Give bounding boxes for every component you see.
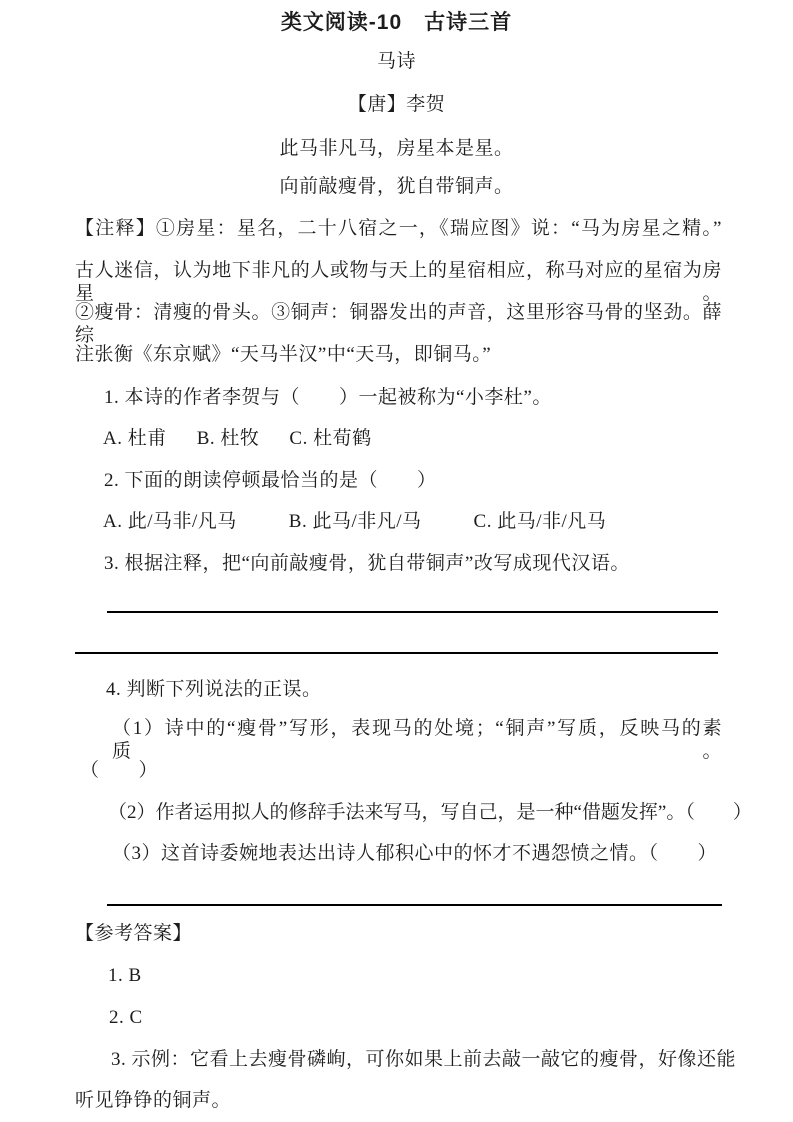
poem-line-1: 此马非凡马，房星本是星。 (0, 137, 793, 160)
answer-2: 2. C (109, 1006, 143, 1029)
answer-3-line-1: 3. 示例：它看上去瘦骨磷峋，可你如果上前去敲一敲它的瘦骨，好像还能 (111, 1048, 736, 1071)
question-2-options: A. 此/马非/凡马 B. 此马/非凡/马 C. 此马/非/凡马 (103, 510, 606, 533)
poem-line-2: 向前敲瘦骨，犹自带铜声。 (0, 175, 793, 198)
question-4-item-2: （2）作者运用拟人的修辞手法来写马，写自己，是一种“借题发挥”。（ ） (108, 801, 752, 824)
answer-1: 1. B (108, 964, 142, 987)
q2-option-b: B. 此马/非凡/马 (289, 510, 422, 533)
question-3: 3. 根据注释，把“向前敲瘦骨，犹自带铜声”改写成现代汉语。 (104, 552, 630, 575)
poem-title: 马诗 (0, 50, 793, 73)
section-divider-line (107, 904, 722, 906)
annotation-line-3: ②瘦骨：清瘦的骨头。③铜声：铜器发出的声音，这里形容马骨的坚劲。薛综 (75, 301, 722, 347)
q1-option-c: C. 杜荀鹤 (289, 427, 371, 450)
question-4-item-1-paren: （ ） (80, 759, 158, 782)
answer-blank-line-2 (75, 652, 718, 654)
question-2: 2. 下面的朗读停顿最恰当的是（ ） (104, 469, 437, 492)
question-4: 4. 判断下列说法的正误。 (106, 678, 322, 701)
q2-option-a: A. 此/马非/凡马 (103, 510, 237, 533)
annotation-line-1: 【注释】①房星：星名，二十八宿之一，《瑞应图》说：“马为房星之精。” (75, 217, 722, 240)
question-4-item-3: （3）这首诗委婉地表达出诗人郁积心中的怀才不遇怨愤之情。（ ） (112, 842, 717, 865)
page-title: 类文阅读-10 古诗三首 (0, 11, 793, 34)
answer-blank-line-1 (107, 611, 718, 613)
question-1: 1. 本诗的作者李贺与（ ）一起被称为“小李杜”。 (104, 386, 552, 409)
answers-header: 【参考答案】 (75, 922, 192, 945)
question-4-item-1: （1）诗中的“瘦骨”写形，表现马的处境；“铜声”写质，反映马的素质。 (112, 717, 722, 763)
answer-3-line-2: 听见铮铮的铜声。 (75, 1089, 231, 1112)
question-1-options: A. 杜甫 B. 杜牧 C. 杜荀鹤 (103, 427, 372, 450)
annotation-line-4: 注张衡《东京赋》“天马半汉”中“天马，即铜马。” (75, 343, 491, 366)
worksheet-page: 类文阅读-10 古诗三首 马诗 【唐】李贺 此马非凡马，房星本是星。 向前敲瘦骨… (0, 0, 793, 1122)
q1-option-b: B. 杜牧 (197, 427, 260, 450)
annotation-line-2: 古人迷信，认为地下非凡的人或物与天上的星宿相应，称马对应的星宿为房星。 (75, 259, 722, 305)
poem-author: 【唐】李贺 (0, 93, 793, 116)
q1-option-a: A. 杜甫 (103, 427, 167, 450)
q2-option-c: C. 此马/非/凡马 (474, 510, 607, 533)
